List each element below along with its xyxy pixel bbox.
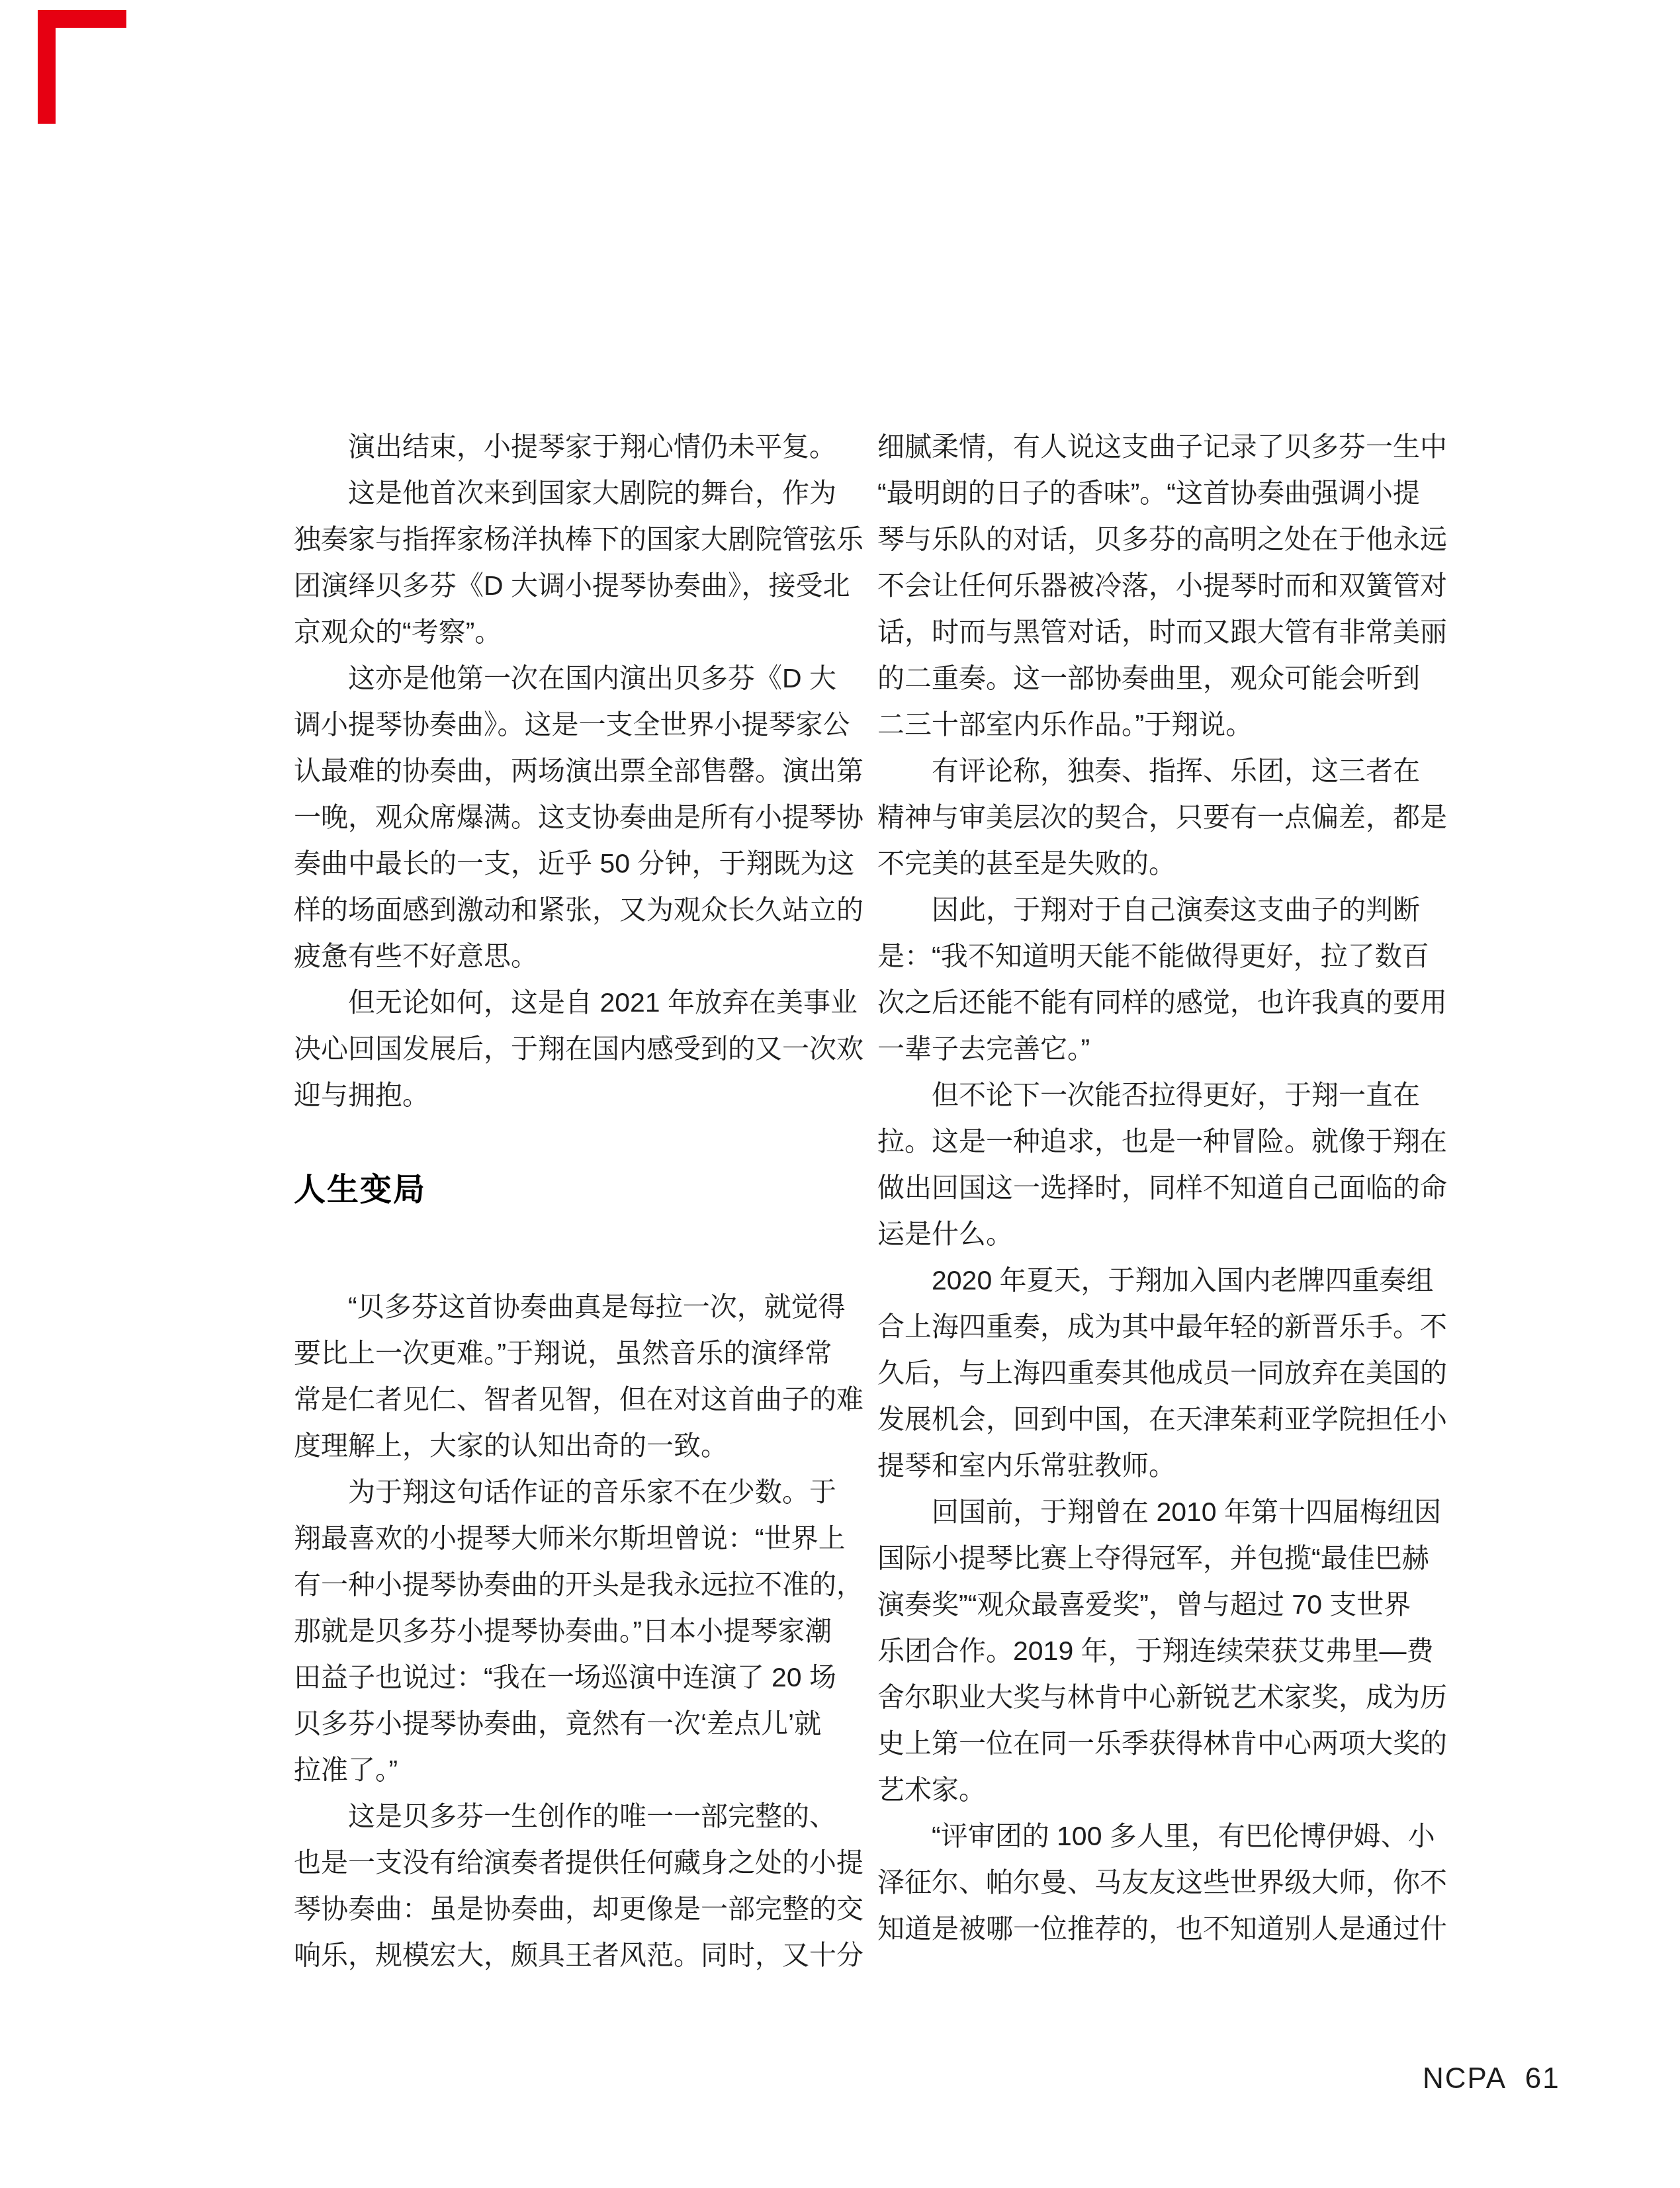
text-line: 有评论称，独奏、指挥、乐团，这三者在: [877, 748, 1429, 794]
text-line: 做出回国这一选择时，同样不知道自己面临的命: [877, 1164, 1429, 1211]
text-line: 有一种小提琴协奏曲的开头是我永远拉不准的，: [294, 1561, 846, 1608]
text-line: 但无论如何，这是自 2021 年放弃在美事业: [294, 979, 846, 1026]
text-line: 独奏家与指挥家杨洋执棒下的国家大剧院管弦乐: [294, 516, 846, 562]
text-line: 度理解上，大家的认知出奇的一致。: [294, 1422, 846, 1469]
text-line: 次之后还能不能有同样的感觉，也许我真的要用: [877, 979, 1429, 1026]
text-line: 田益子也说过：“我在一场巡演中连演了 20 场: [294, 1654, 846, 1700]
text-line: 决心回国发展后，于翔在国内感受到的又一次欢: [294, 1026, 846, 1072]
corner-bracket-mark: [38, 10, 126, 124]
text-line: 一晚，观众席爆满。这支协奏曲是所有小提琴协: [294, 794, 846, 840]
text-line: 不会让任何乐器被冷落，小提琴时而和双簧管对: [877, 562, 1429, 609]
text-line: 国际小提琴比赛上夺得冠军，并包揽“最佳巴赫: [877, 1535, 1429, 1581]
text-line: 运是什么。: [877, 1211, 1429, 1257]
text-line: 泽征尔、帕尔曼、马友友这些世界级大师，你不: [877, 1859, 1429, 1905]
text-line: 久后，与上海四重奏其他成员一同放弃在美国的: [877, 1350, 1429, 1396]
magazine-page: 演出结束，小提琴家于翔心情仍未平复。 这是他首次来到国家大剧院的舞台，作为 独奏…: [0, 0, 1680, 2188]
text-line: 精神与审美层次的契合，只要有一点偏差，都是: [877, 794, 1429, 840]
text-line: 认最难的协奏曲，两场演出票全部售罄。演出第: [294, 748, 846, 794]
text-line: 舍尔职业大奖与林肯中心新锐艺术家奖，成为历: [877, 1674, 1429, 1720]
page-number: NCPA 61: [1423, 2062, 1560, 2096]
column-left: 演出结束，小提琴家于翔心情仍未平复。 这是他首次来到国家大剧院的舞台，作为 独奏…: [294, 423, 846, 1978]
text-line: 提琴和室内乐常驻教师。: [877, 1442, 1429, 1489]
text-line: 奏曲中最长的一支，近乎 50 分钟，于翔既为这: [294, 840, 846, 887]
text-line: 翔最喜欢的小提琴大师米尔斯坦曾说：“世界上: [294, 1515, 846, 1561]
text-line: 这是贝多芬一生创作的唯一一部完整的、: [294, 1793, 846, 1839]
text-line: 知道是被哪一位推荐的，也不知道别人是通过什: [877, 1905, 1429, 1952]
text-line: 贝多芬小提琴协奏曲，竟然有一次‘差点儿’就: [294, 1700, 846, 1747]
text-line: 这是他首次来到国家大剧院的舞台，作为: [294, 470, 846, 516]
text-line: 疲惫有些不好意思。: [294, 933, 846, 979]
text-line: 也是一支没有给演奏者提供任何藏身之处的小提: [294, 1839, 846, 1886]
text-line: 艺术家。: [877, 1767, 1429, 1813]
text-line: “贝多芬这首协奏曲真是每拉一次，就觉得: [294, 1284, 846, 1330]
text-line: “最明朗的日子的香味”。“这首协奏曲强调小提: [877, 470, 1429, 516]
text-line: 是：“我不知道明天能不能做得更好，拉了数百: [877, 933, 1429, 979]
text-line: 不完美的甚至是失败的。: [877, 840, 1429, 887]
text-line: 琴协奏曲：虽是协奏曲，却更像是一部完整的交: [294, 1886, 846, 1932]
text-line: 迎与拥抱。: [294, 1072, 846, 1118]
text-line: 为于翔这句话作证的音乐家不在少数。于: [294, 1469, 846, 1515]
text-line: 京观众的“考察”。: [294, 609, 846, 655]
text-line: 那就是贝多芬小提琴协奏曲。”日本小提琴家潮: [294, 1608, 846, 1654]
text-line: 话，时而与黑管对话，时而又跟大管有非常美丽: [877, 609, 1429, 655]
text-line: 一辈子去完善它。”: [877, 1026, 1429, 1072]
text-line: 但不论下一次能否拉得更好，于翔一直在: [877, 1072, 1429, 1118]
section-heading: 人生变局: [294, 1170, 846, 1211]
text-line: 调小提琴协奏曲》。这是一支全世界小提琴家公: [294, 701, 846, 748]
column-right: 细腻柔情，有人说这支曲子记录了贝多芬一生中 “最明朗的日子的香味”。“这首协奏曲…: [877, 423, 1429, 1952]
text-line: 合上海四重奏，成为其中最年轻的新晋乐手。不: [877, 1303, 1429, 1350]
text-line: 常是仁者见仁、智者见智，但在对这首曲子的难: [294, 1376, 846, 1422]
text-line: 发展机会，回到中国，在天津茱莉亚学院担任小: [877, 1396, 1429, 1442]
text-line: 史上第一位在同一乐季获得林肯中心两项大奖的: [877, 1720, 1429, 1767]
text-line: 琴与乐队的对话，贝多芬的高明之处在于他永远: [877, 516, 1429, 562]
text-line: 拉。这是一种追求，也是一种冒险。就像于翔在: [877, 1118, 1429, 1164]
text-line: 演奏奖”“观众最喜爱奖”，曾与超过 70 支世界: [877, 1581, 1429, 1628]
text-line: 乐团合作。2019 年，于翔连续荣获艾弗里—费: [877, 1628, 1429, 1674]
text-line: 二三十部室内乐作品。”于翔说。: [877, 701, 1429, 748]
text-line: 团演绎贝多芬《D 大调小提琴协奏曲》，接受北: [294, 562, 846, 609]
text-line: 要比上一次更难。”于翔说，虽然音乐的演绎常: [294, 1330, 846, 1376]
text-line: 拉准了。”: [294, 1747, 846, 1793]
text-line: 2020 年夏天，于翔加入国内老牌四重奏组: [877, 1257, 1429, 1303]
text-line: 样的场面感到激动和紧张，又为观众长久站立的: [294, 887, 846, 933]
text-line: “评审团的 100 多人里，有巴伦博伊姆、小: [877, 1813, 1429, 1859]
text-line: 的二重奏。这一部协奏曲里，观众可能会听到: [877, 655, 1429, 701]
text-line: 细腻柔情，有人说这支曲子记录了贝多芬一生中: [877, 423, 1429, 470]
text-line: 因此，于翔对于自己演奏这支曲子的判断: [877, 887, 1429, 933]
text-line: 响乐，规模宏大，颇具王者风范。同时，又十分: [294, 1932, 846, 1978]
text-line: 演出结束，小提琴家于翔心情仍未平复。: [294, 423, 846, 470]
text-line: 回国前，于翔曾在 2010 年第十四届梅纽因: [877, 1489, 1429, 1535]
text-line: 这亦是他第一次在国内演出贝多芬《D 大: [294, 655, 846, 701]
